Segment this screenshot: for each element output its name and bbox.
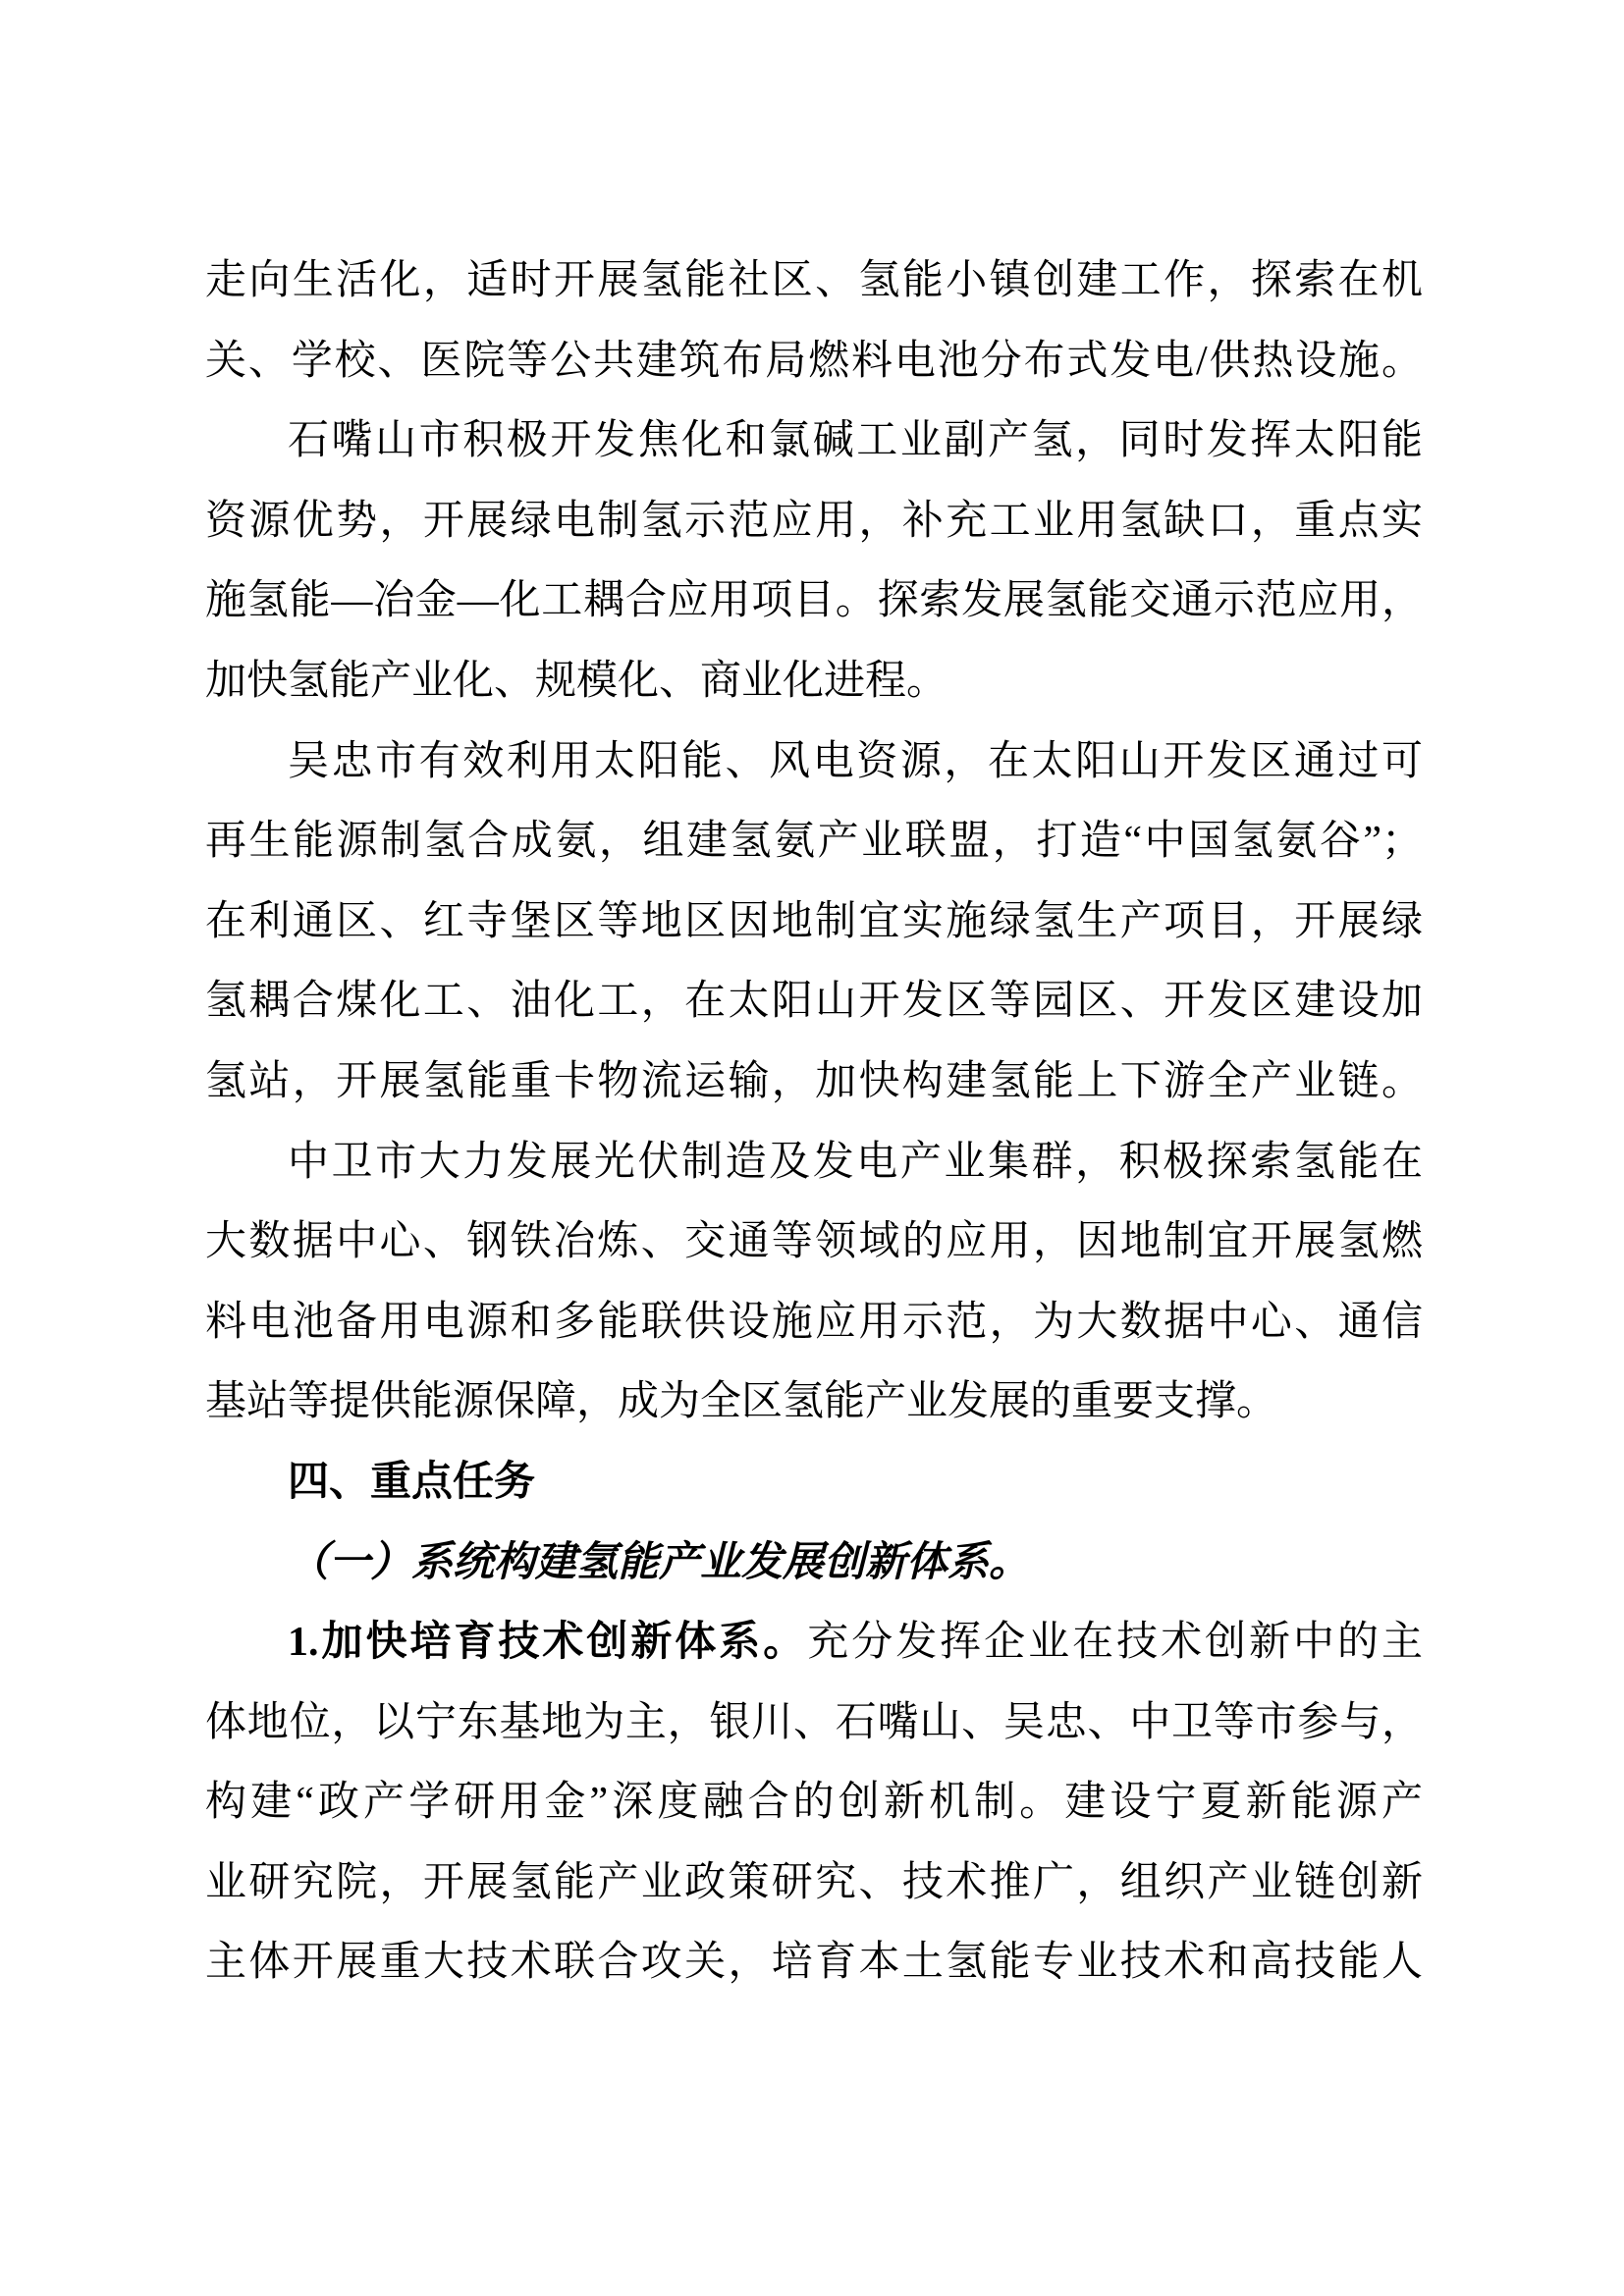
text-line: 主体开展重大技术联合攻关，培育本土氢能专业技术和高技能人 (205, 1923, 1423, 2003)
paragraph-lead-rest: 充分发挥企业在技术创新中的主 (807, 1620, 1423, 1665)
text-line: 资源优势，开展绿电制氢示范应用，补充工业用氢缺口，重点实 (205, 482, 1423, 562)
text-line: 走向生活化，适时开展氢能社区、氢能小镇创建工作，探索在机 (205, 241, 1423, 322)
text-line: 基站等提供能源保障，成为全区氢能产业发展的重要支撑。 (205, 1362, 1423, 1443)
text-line: 体地位，以宁东基地为主，银川、石嘴山、吴忠、中卫等市参与， (205, 1683, 1423, 1764)
paragraph-lead: 1.加快培育技术创新体系。 (288, 1620, 807, 1665)
subsection-heading: （一）系统构建氢能产业发展创新体系。 (205, 1523, 1423, 1604)
text-line: 关、学校、医院等公共建筑布局燃料电池分布式发电/供热设施。 (205, 322, 1423, 402)
text-line: 氢耦合煤化工、油化工，在太阳山开发区等园区、开发区建设加 (205, 962, 1423, 1042)
document-page: 走向生活化，适时开展氢能社区、氢能小镇创建工作，探索在机 关、学校、医院等公共建… (0, 0, 1624, 2296)
text-line: 加快氢能产业化、规模化、商业化进程。 (205, 642, 1423, 722)
text-line: 石嘴山市积极开发焦化和氯碱工业副产氢，同时发挥太阳能 (205, 401, 1423, 482)
text-line: 中卫市大力发展光伏制造及发电产业集群，积极探索氢能在 (205, 1123, 1423, 1203)
section-heading: 四、重点任务 (205, 1443, 1423, 1523)
text-line: 吴忠市有效利用太阳能、风电资源，在太阳山开发区通过可 (205, 722, 1423, 803)
text-line: 大数据中心、钢铁冶炼、交通等领域的应用，因地制宜开展氢燃 (205, 1202, 1423, 1283)
text-line: 料电池备用电源和多能联供设施应用示范，为大数据中心、通信 (205, 1283, 1423, 1363)
text-line: 在利通区、红寺堡区等地区因地制宜实施绿氢生产项目，开展绿 (205, 882, 1423, 963)
text-line: 氢站，开展氢能重卡物流运输，加快构建氢能上下游全产业链。 (205, 1042, 1423, 1123)
text-line: 业研究院，开展氢能产业政策研究、技术推广，组织产业链创新 (205, 1843, 1423, 1924)
text-line: 再生能源制氢合成氨，组建氢氨产业联盟，打造“中国氢氨谷”； (205, 802, 1423, 882)
text-line: 施氢能—冶金—化工耦合应用项目。探索发展氢能交通示范应用， (205, 561, 1423, 642)
text-line: 1.加快培育技术创新体系。充分发挥企业在技术创新中的主 (205, 1603, 1423, 1683)
text-line: 构建“政产学研用金”深度融合的创新机制。建设宁夏新能源产 (205, 1763, 1423, 1843)
text-content: 走向生活化，适时开展氢能社区、氢能小镇创建工作，探索在机 关、学校、医院等公共建… (205, 241, 1423, 2003)
